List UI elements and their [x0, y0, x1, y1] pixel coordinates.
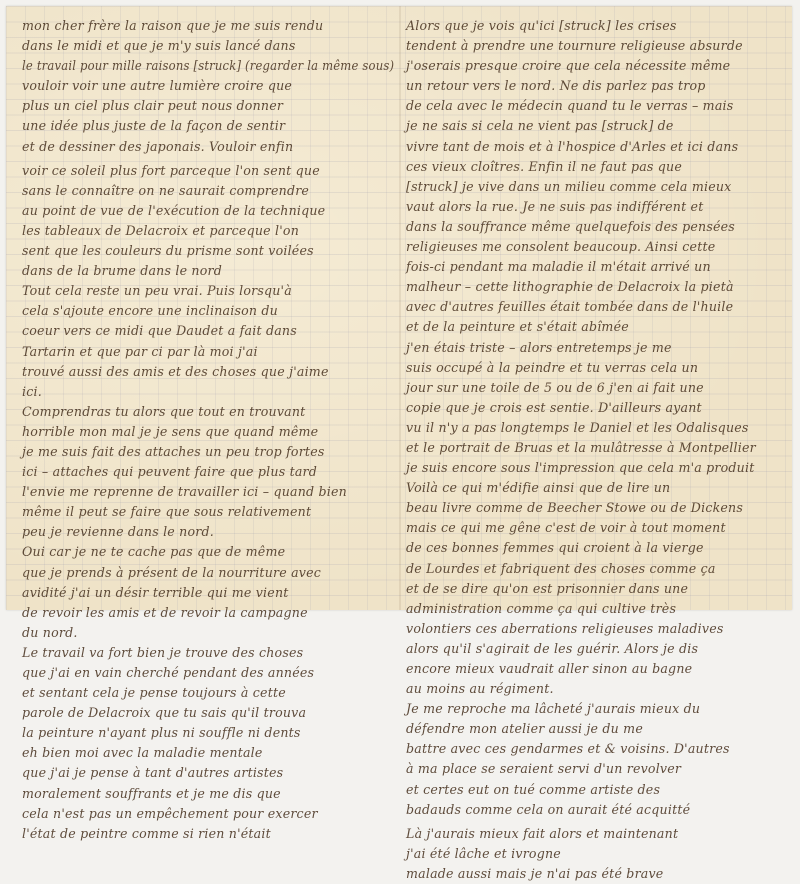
handwritten-line: malheur – cette lithographie de Delacroi… [406, 277, 784, 297]
handwritten-line: ici. [22, 382, 394, 402]
handwritten-line: même il peut se faire que sous relativem… [22, 502, 394, 522]
handwritten-line: de ces bonnes femmes qui croient à la vi… [406, 538, 784, 558]
handwritten-line: Voilà ce qui m'édifie ainsi que de lire … [406, 478, 784, 498]
handwritten-line: voir ce soleil plus fort parceque l'on s… [22, 161, 394, 181]
handwritten-line: vu il n'y a pas longtemps le Daniel et l… [406, 418, 784, 438]
handwritten-line: copie que je crois est sentie. D'ailleur… [406, 398, 784, 418]
handwritten-line: dans de la brume dans le nord [22, 261, 394, 281]
handwritten-line: le travail pour mille raisons [struck] (… [22, 56, 365, 76]
handwritten-line: mais ce qui me gêne c'est de voir à tout… [406, 518, 784, 538]
handwritten-line: les tableaux de Delacroix et parceque l'… [22, 221, 394, 241]
handwritten-line: sans le connaître on ne saurait comprend… [22, 181, 394, 201]
handwritten-line: vaut alors la rue. Je ne suis pas indiff… [406, 197, 784, 217]
handwritten-line: administration comme ça qui cultive très [406, 599, 784, 617]
handwritten-line: [struck] je vive dans un milieu comme ce… [406, 177, 784, 197]
handwritten-line: Oui car je ne te cache pas que de même [22, 542, 394, 562]
handwritten-line: horrible mon mal je je sens que quand mê… [22, 422, 394, 442]
handwritten-line: et de dessiner des japonais. Vouloir enf… [22, 137, 394, 157]
handwritten-line: ces vieux cloîtres. Enfin il ne faut pas… [406, 157, 784, 177]
handwritten-line: plus un ciel plus clair peut nous donner [22, 96, 394, 116]
handwritten-line: de cela avec le médecin quand tu le verr… [406, 96, 784, 116]
handwritten-line: j'oserais presque croire que cela nécess… [406, 56, 784, 76]
handwritten-line: Tartarin et que par ci par là moi j'ai [22, 342, 394, 362]
handwritten-line: Tout cela reste un peu vrai. Puis lorsqu… [22, 281, 394, 301]
letter-sheet: mon cher frère la raison que je me suis … [6, 6, 792, 610]
handwritten-line: mon cher frère la raison que je me suis … [22, 16, 394, 36]
handwritten-line: au point de vue de l'exécution de la tec… [22, 201, 394, 221]
handwritten-line: jour sur une toile de 5 ou de 6 j'en ai … [406, 378, 784, 398]
handwritten-line: avec d'autres feuilles était tombée dans… [406, 297, 784, 317]
handwritten-line: un retour vers le nord. Ne dis parlez pa… [406, 76, 784, 96]
handwritten-line: sent que les couleurs du prisme sont voi… [22, 241, 394, 261]
handwritten-line: cela s'ajoute encore une inclinaison du [22, 301, 394, 321]
handwritten-line: beau livre comme de Beecher Stowe ou de … [406, 498, 784, 518]
handwritten-line: et de la peinture et s'était abîmée [406, 317, 784, 337]
handwritten-line: Comprendras tu alors que tout en trouvan… [22, 402, 394, 422]
right-page: Alors que je vois qu'ici [struck] les cr… [406, 16, 784, 617]
handwritten-line: Alors que je vois qu'ici [struck] les cr… [406, 16, 784, 36]
handwritten-line: et le portrait de Bruas et la mulâtresse… [406, 438, 784, 458]
page-fold [399, 6, 401, 610]
handwritten-line: trouvé aussi des amis et des choses que … [22, 362, 394, 382]
handwritten-line: avidité j'ai un désir terrible qui me vi… [22, 583, 394, 603]
handwritten-line: l'envie me reprenne de travailler ici – … [22, 482, 394, 502]
handwritten-line: peu je revienne dans le nord. [22, 522, 394, 542]
handwritten-line: suis occupé à la peindre et tu verras ce… [406, 358, 784, 378]
handwritten-line: coeur vers ce midi que Daudet a fait dan… [22, 321, 394, 341]
handwritten-line: dans la souffrance même quelquefois des … [406, 217, 784, 237]
handwritten-line: de Lourdes et fabriquent des choses comm… [406, 559, 784, 579]
handwritten-line: j'en étais triste – alors entretemps je … [406, 338, 784, 358]
handwritten-line: ici – attaches qui peuvent faire que plu… [22, 462, 394, 482]
handwritten-line: je me suis fait des attaches un peu trop… [22, 442, 394, 462]
handwritten-line: dans le midi et que je m'y suis lancé da… [22, 36, 394, 56]
left-page: mon cher frère la raison que je me suis … [22, 16, 394, 617]
handwritten-line: une idée plus juste de la façon de senti… [22, 116, 394, 136]
handwritten-line: vouloir voir une autre lumière croire qu… [22, 76, 394, 96]
handwritten-line: et de se dire qu'on est prisonnier dans … [406, 579, 784, 599]
handwritten-line: religieuses me consolent beaucoup. Ainsi… [406, 237, 784, 257]
handwritten-line: tendent à prendre une tournure religieus… [406, 36, 784, 56]
handwritten-line: vivre tant de mois et à l'hospice d'Arle… [406, 137, 784, 157]
handwritten-line: que je prends à présent de la nourriture… [22, 563, 394, 583]
handwritten-line: je ne sais si cela ne vient pas [struck]… [406, 116, 784, 136]
handwritten-line: fois-ci pendant ma maladie il m'était ar… [406, 257, 784, 277]
handwritten-line: je suis encore sous l'impression que cel… [406, 458, 784, 478]
handwritten-line: de revoir les amis et de revoir la campa… [22, 603, 394, 617]
